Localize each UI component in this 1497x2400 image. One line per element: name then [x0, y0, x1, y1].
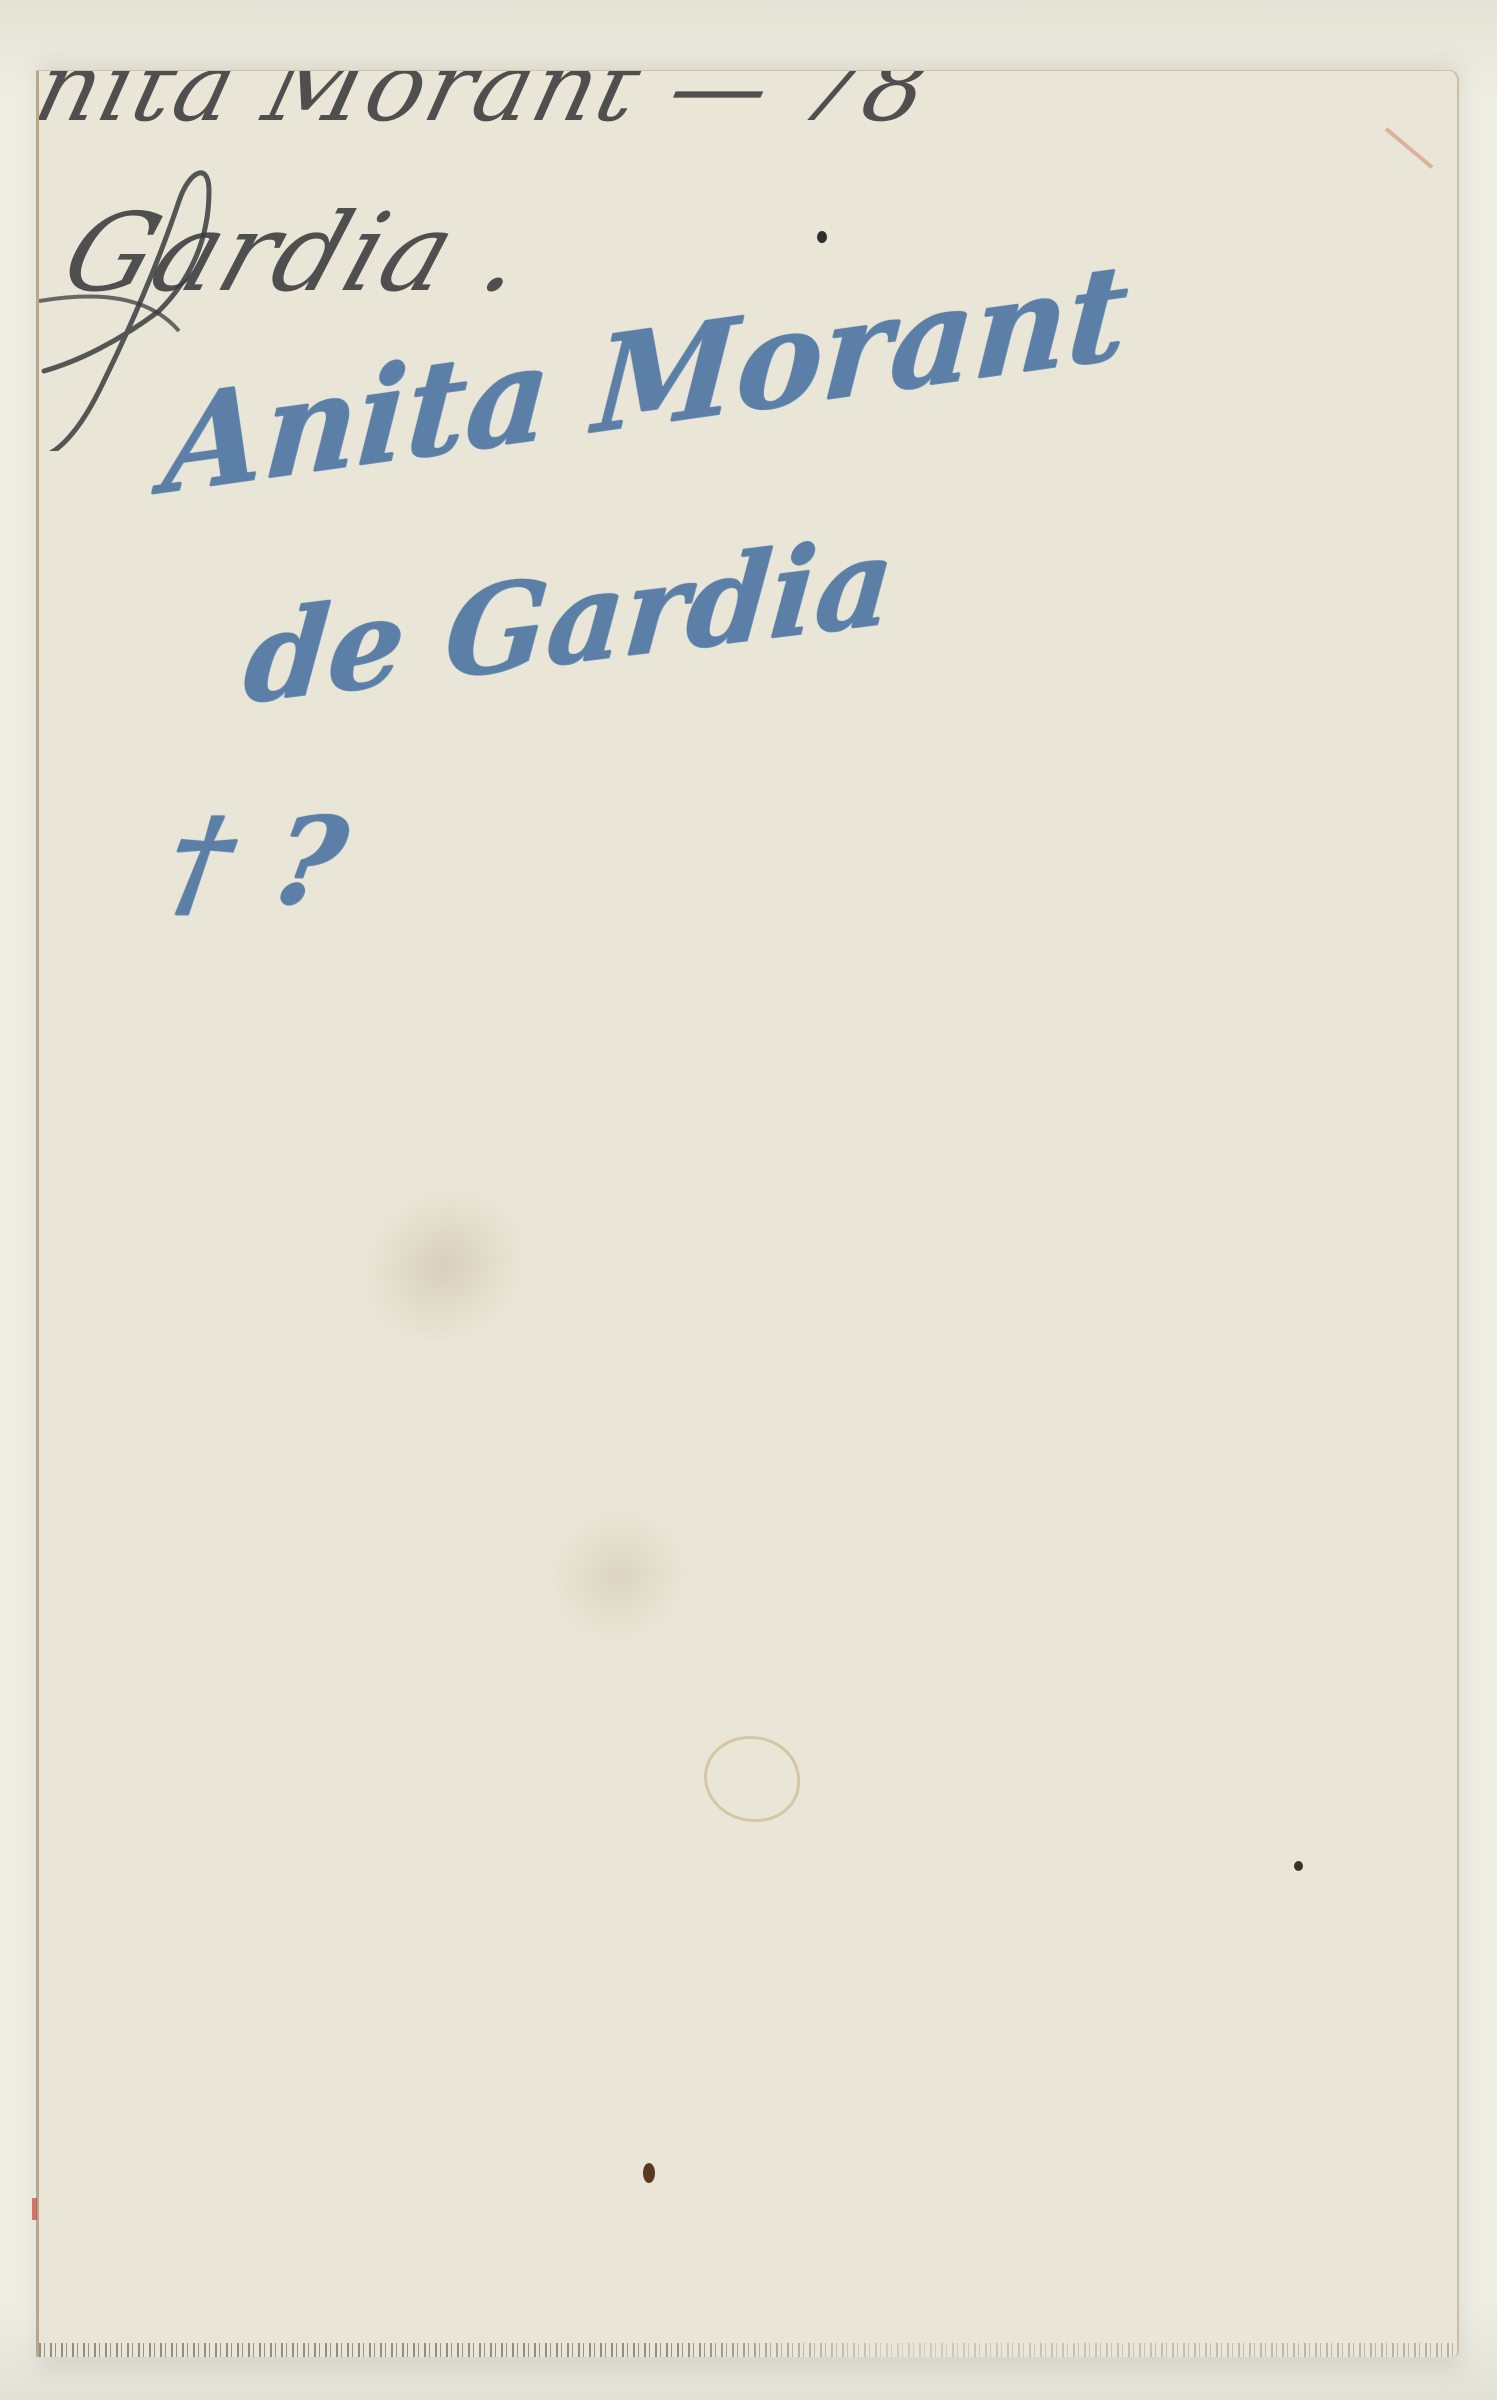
fingerprint-smudge	[331, 1156, 556, 1376]
card-verso: nita Morant — 78 Gardia . Anita Morant d…	[36, 70, 1459, 2357]
ink-dot	[1294, 1861, 1303, 1871]
pencil-top-line: nita Morant — 78	[36, 70, 943, 143]
red-scratch-mark	[1385, 127, 1434, 169]
red-edge-mark	[32, 2198, 37, 2220]
pencil-dot	[817, 231, 827, 243]
ink-dot	[643, 2163, 655, 2183]
water-ring-stain	[704, 1736, 800, 1822]
pencil-second-line: Gardia .	[49, 191, 545, 316]
blue-surname-line: de Gardia	[239, 509, 899, 732]
blue-cross-question: † ?	[157, 791, 357, 932]
fingerprint-smudge	[526, 1485, 712, 1668]
